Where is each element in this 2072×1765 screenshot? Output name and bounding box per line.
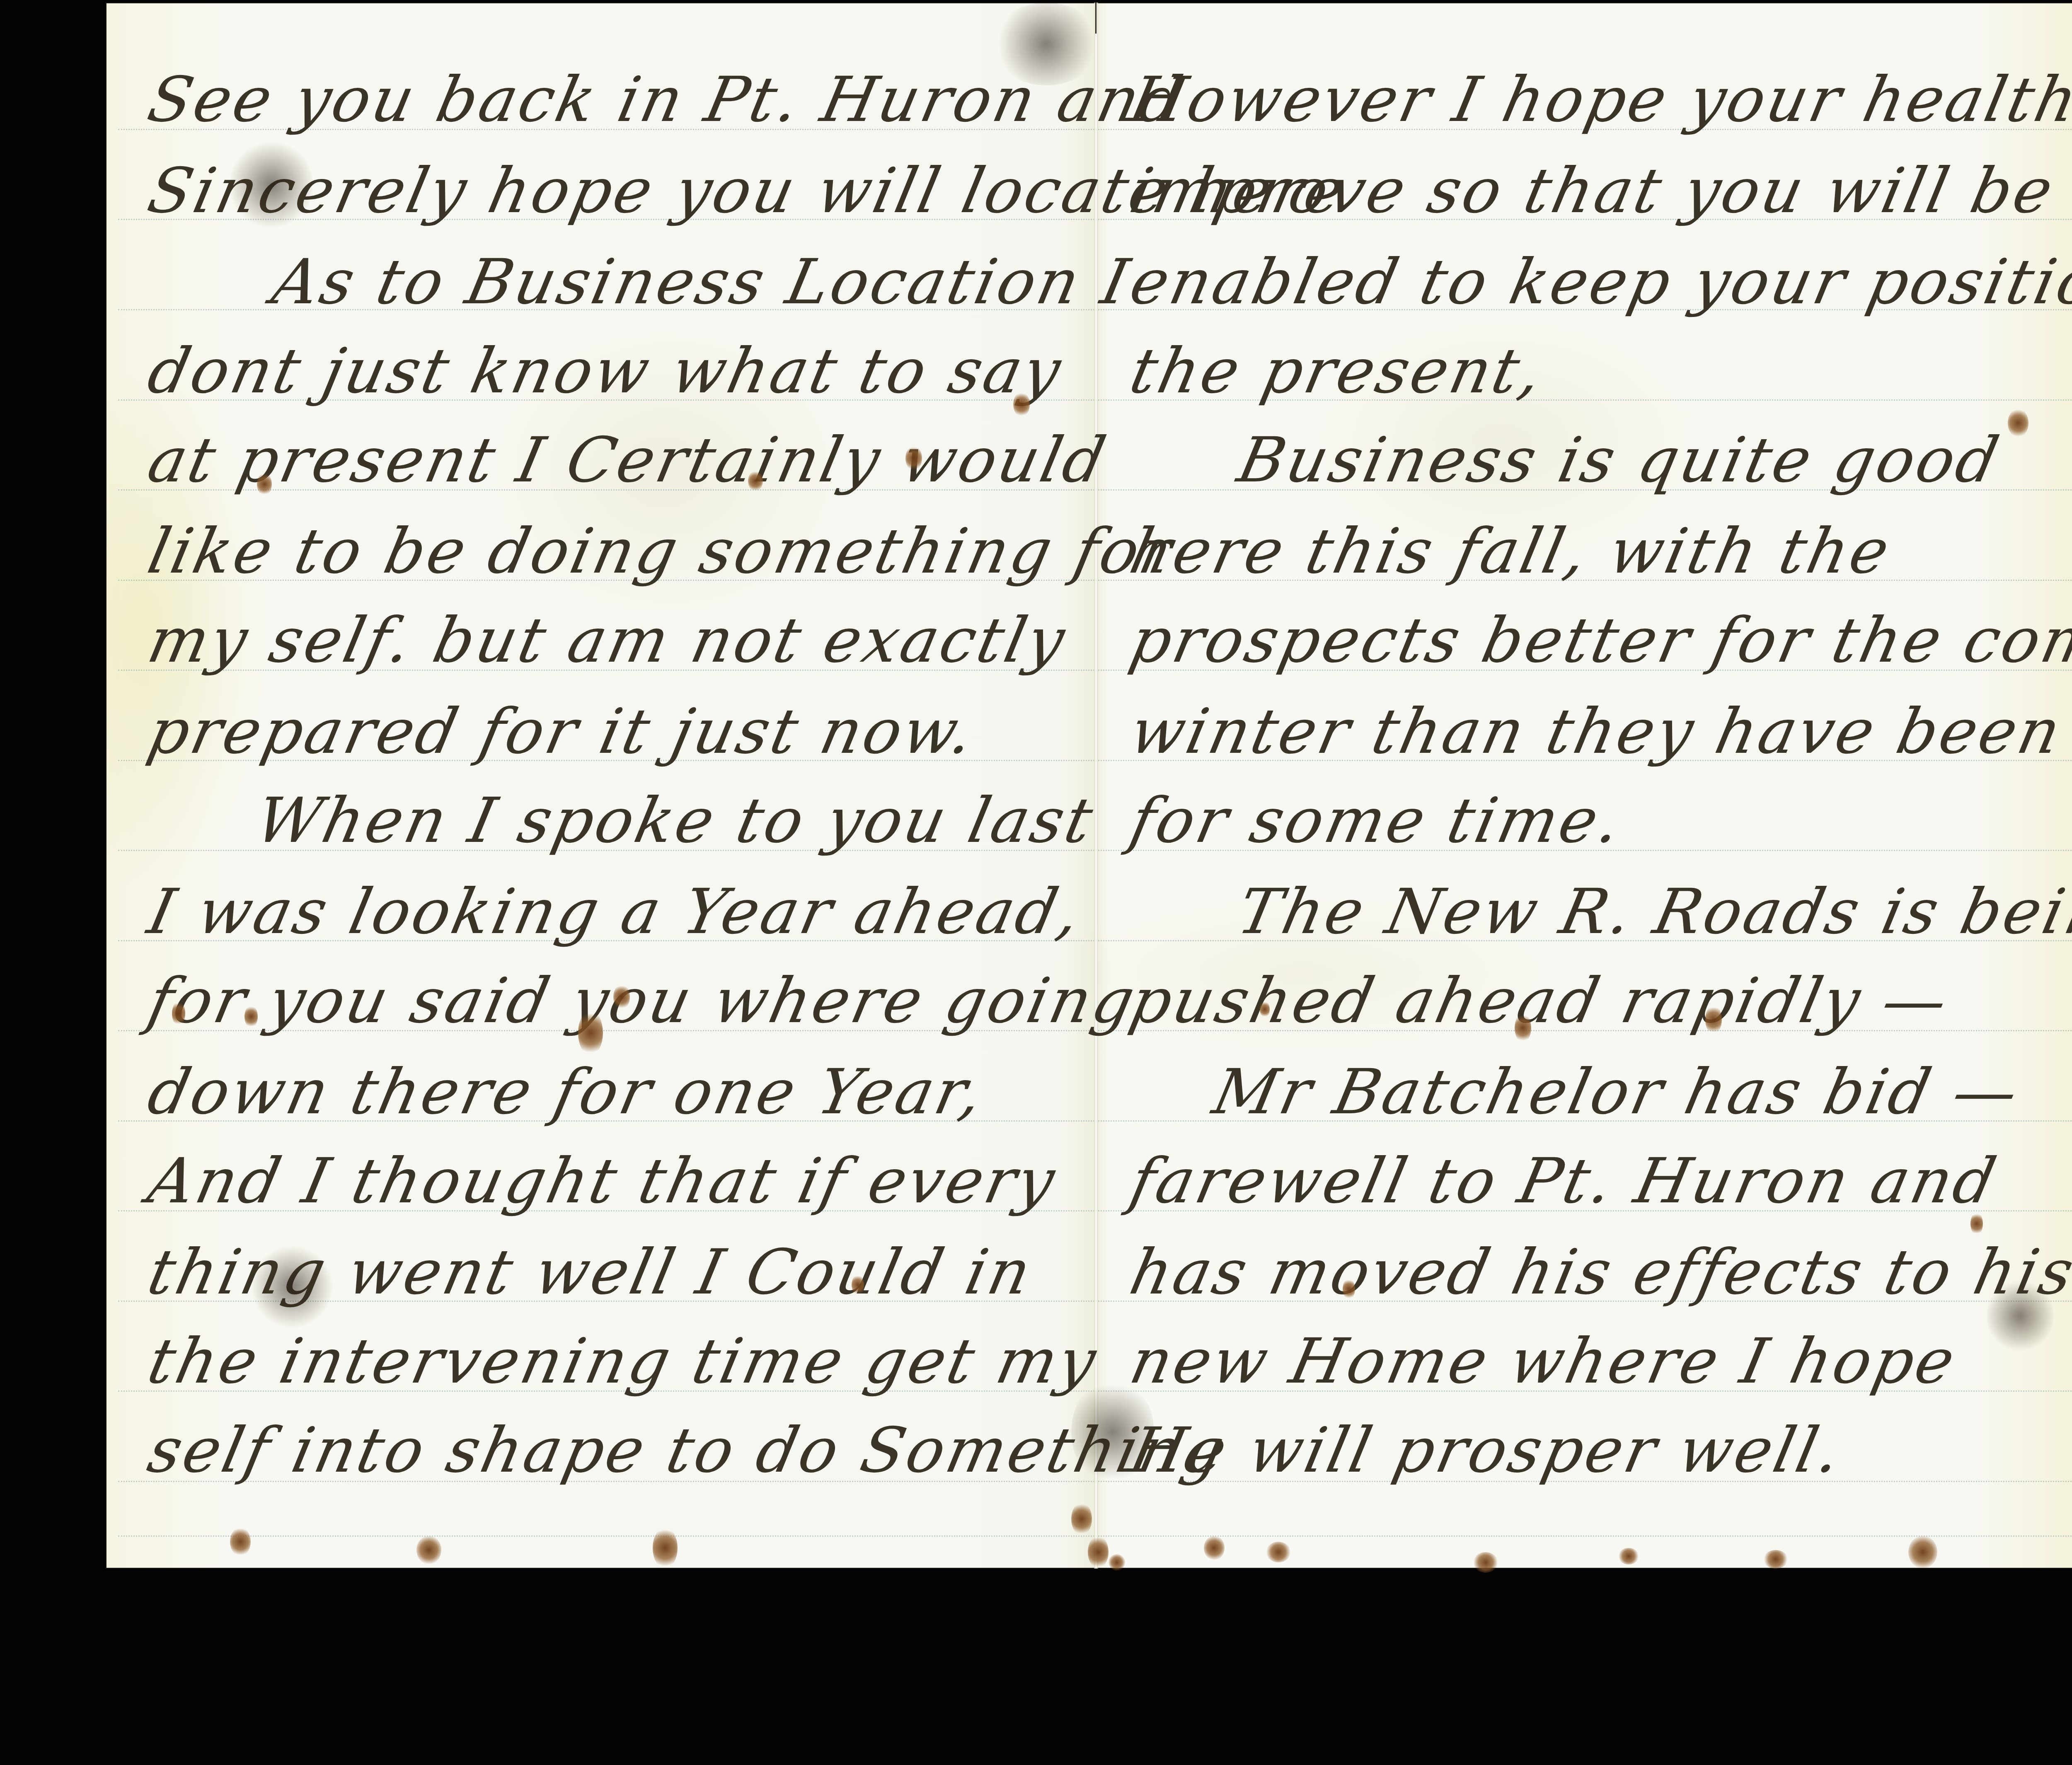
letter-line: my self. but am not exactly [143, 609, 1072, 672]
letter-line: the intervening time get my [143, 1330, 1104, 1393]
letter-line: enabled to keep your position for [1125, 251, 2072, 313]
letter-line: farewell to Pt. Huron and [1125, 1150, 2003, 1212]
ink-stain [1071, 1502, 1092, 1535]
letter-line: like to be doing something for [143, 520, 1180, 583]
ink-stain [748, 471, 763, 491]
letter-line: And I thought that if every [143, 1150, 1062, 1212]
ink-stain [257, 473, 272, 496]
letter-line: However I hope your health will [1125, 69, 2072, 131]
letter-line: down there for one Year, [143, 1061, 990, 1123]
ink-stain [1088, 1535, 1109, 1569]
letter-line: prepared for it just now. [143, 701, 981, 763]
letter-line: As to Business Location I [267, 251, 1136, 313]
ink-stain [852, 1274, 864, 1295]
letter-line: new Home where I hope [1125, 1330, 1962, 1393]
ink-stain [1343, 1279, 1355, 1299]
ink-stain [578, 1010, 603, 1056]
right-page: However I hope your health will improve … [1125, 2, 2072, 1569]
ink-stain [244, 1005, 258, 1028]
letter-sheet: See you back in Pt. Huron and Sincerely … [106, 2, 2072, 1569]
ink-stain [1013, 392, 1030, 417]
ink-stain [1515, 1013, 1531, 1042]
speckle-cluster [992, 2, 1100, 85]
ink-stain [2008, 409, 2028, 438]
ink-stain [653, 1527, 678, 1569]
ink-stain [1260, 1001, 1270, 1018]
letter-line: for some time. [1125, 790, 1628, 852]
ink-stain [1763, 1550, 1788, 1569]
ink-stain [1473, 1552, 1498, 1573]
letter-line: The New R. Roads is being [1233, 881, 2072, 943]
letter-line: dont just know what to say [143, 340, 1068, 402]
ink-stain [1266, 1542, 1291, 1562]
letter-line: He will prosper well. [1125, 1419, 1848, 1482]
letter-line: Business is quite good [1233, 429, 2006, 491]
ink-stain [613, 984, 630, 1009]
speckle-cluster [1987, 1279, 2053, 1353]
ink-stain [1970, 1212, 1983, 1235]
letter-line: pushed ahead rapidly — [1125, 970, 1955, 1032]
letter-line: has moved his effects to his [1125, 1241, 2072, 1303]
ink-stain [416, 1535, 441, 1564]
letter-line: improve so that you will be [1125, 160, 2060, 222]
ink-stain [905, 446, 922, 471]
ink-stain [1618, 1548, 1639, 1564]
letter-line: winter than they have been [1125, 701, 2068, 763]
ink-stain [172, 1001, 185, 1026]
ink-stain [1705, 1005, 1722, 1034]
letter-line: When I spoke to you last [251, 790, 1100, 852]
ink-stain [1908, 1535, 1937, 1569]
letter-line: the present, [1125, 340, 1549, 402]
left-page: See you back in Pt. Huron and Sincerely … [143, 2, 1080, 1569]
ink-stain [230, 1527, 251, 1556]
ink-stain [1204, 1535, 1225, 1560]
scan-background: See you back in Pt. Huron and Sincerely … [0, 0, 2072, 1765]
speckle-cluster [251, 1245, 334, 1328]
letter-line: Mr Batchelor has bid — [1208, 1061, 2025, 1123]
ink-stain [1109, 1554, 1125, 1571]
speckle-cluster [230, 139, 313, 230]
letter-line: here this fall, with the [1125, 520, 1897, 583]
speckle-cluster [1071, 1378, 1154, 1486]
letter-line: prospects better for the coming [1125, 609, 2072, 672]
letter-line: I was looking a Year ahead, [143, 881, 1088, 943]
letter-line: at present I Certainly would [143, 429, 1113, 491]
letter-line: self into shape to do Something [143, 1419, 1232, 1482]
letter-line: for you said you where going [143, 970, 1142, 1032]
